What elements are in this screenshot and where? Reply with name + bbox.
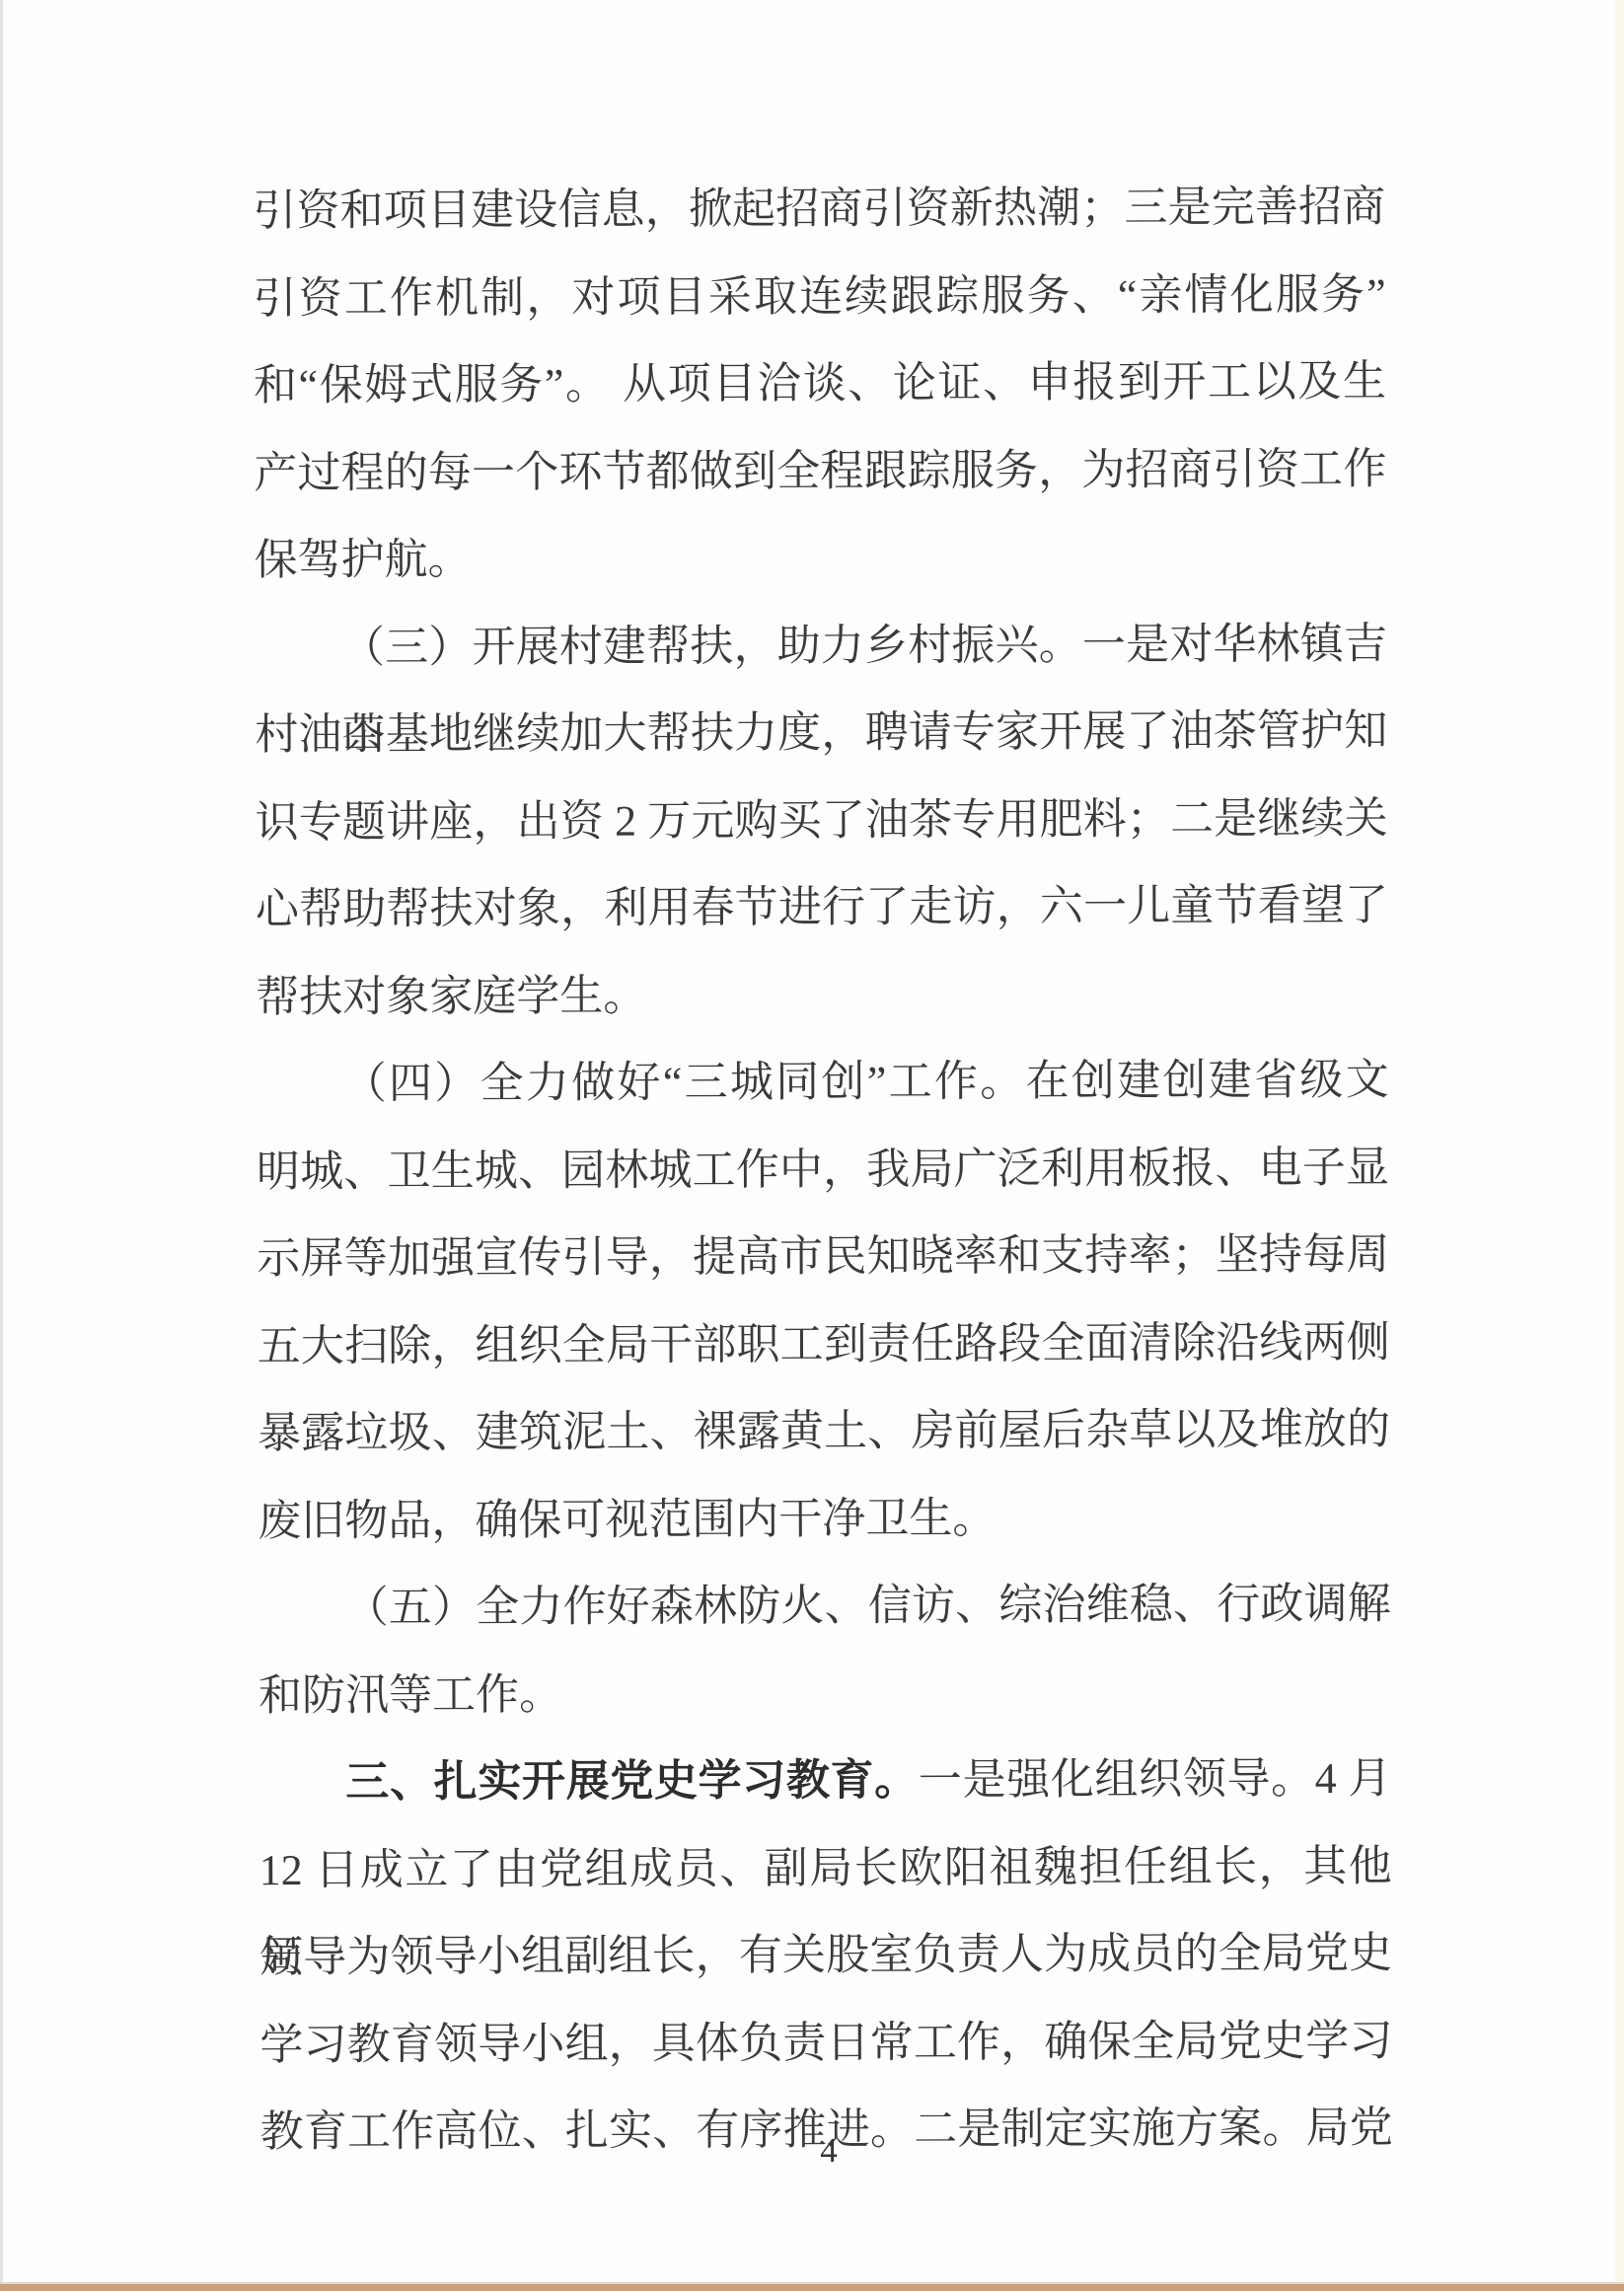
- scan-left-edge: [0, 0, 3, 2291]
- text-line: 引资和项目建设信息，掀起招商引资新热潮；三是完善招商: [253, 164, 1385, 256]
- scan-right-edge: [1615, 0, 1624, 2291]
- text-line: 产过程的每一个环节都做到全程跟踪服务，为招商引资工作: [254, 425, 1386, 517]
- scanned-document-page: 引资和项目建设信息，掀起招商引资新热潮；三是完善招商引资工作机制，对项目采取连续…: [0, 0, 1624, 2291]
- text-line: （三）开展村建帮扶，助力乡村振兴。一是对华林镇吉山: [255, 600, 1387, 692]
- text-line: 心帮助帮扶对象，利用春节进行了走访，六一儿童节看望了: [256, 862, 1388, 954]
- text-line: 暴露垃圾、建筑泥土、裸露黄土、房前屋后杂草以及堆放的: [258, 1386, 1390, 1478]
- document-body: 引资和项目建设信息，掀起招商引资新热潮；三是完善招商引资工作机制，对项目采取连续…: [253, 164, 1393, 2177]
- text-line: 三、扎实开展党史学习教育。一是强化组织领导。4 月: [258, 1736, 1391, 1827]
- text-line: 学习教育领导小组，具体负责日常工作，确保全局党史学习: [259, 1997, 1392, 2089]
- text-line: 保驾护航。: [254, 513, 1386, 605]
- text-line: 12 日成立了由党组成员、副局长欧阳祖魏担任组长，其他局: [259, 1822, 1392, 1914]
- text-line: 帮扶对象家庭学生。: [256, 949, 1388, 1041]
- text-line: 识专题讲座，出资 2 万元购买了油茶专用肥料；二是继续关: [255, 775, 1387, 866]
- page-number: 4: [0, 2129, 1624, 2173]
- text-line: 和“保姆式服务”。 从项目洽谈、论证、申报到开工以及生: [254, 338, 1386, 430]
- text-line: 示屏等加强宣传引导，提高市民知晓率和支持率；坚持每周: [257, 1212, 1389, 1303]
- text-line: 废旧物品，确保可视范围内干净卫生。: [258, 1473, 1390, 1565]
- text-line: 五大扫除，组织全局干部职工到责任路段全面清除沿线两侧: [258, 1298, 1390, 1390]
- section-heading-bold: 三、扎实开展党史学习教育。: [345, 1756, 919, 1807]
- text-line: 领导为领导小组副组长，有关股室负责人为成员的全局党史: [259, 1910, 1392, 2002]
- text-line: （五）全力作好森林防火、信访、综治维稳、行政调解: [258, 1561, 1391, 1653]
- scan-bottom-edge: [0, 2282, 1624, 2291]
- text-line: 村油茶基地继续加大帮扶力度，聘请专家开展了油茶管护知: [255, 688, 1387, 779]
- text-line: 明城、卫生城、园林城工作中，我局广泛利用板报、电子显: [257, 1124, 1389, 1216]
- text-line: 引资工作机制，对项目采取连续跟踪服务、“亲情化服务”: [253, 251, 1385, 342]
- text-line: 和防汛等工作。: [258, 1648, 1391, 1739]
- text-line: （四）全力做好“三城同创”工作。在创建创建省级文: [256, 1037, 1388, 1129]
